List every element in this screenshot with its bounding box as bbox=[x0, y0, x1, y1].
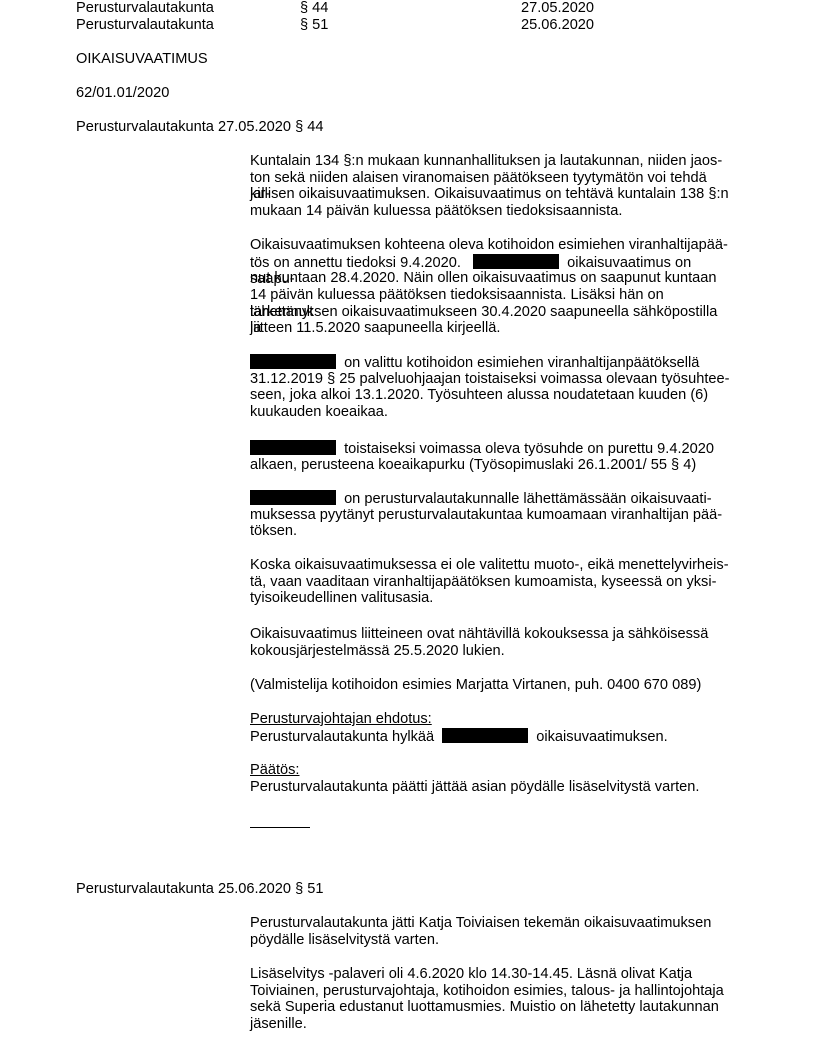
paragraph-meeting-notes: Lisäselvitys -palaveri oli 4.6.2020 klo … bbox=[250, 966, 730, 1033]
text-line: tös on annettu tiedoksi 9.4.2020. oikais… bbox=[250, 254, 730, 271]
preparer-note: (Valmistelija kotihoidon esimies Marjatt… bbox=[250, 677, 730, 694]
redaction-box bbox=[442, 728, 528, 743]
meeting-heading: Perusturvalautakunta 25.06.2020 § 51 bbox=[76, 881, 323, 898]
text-line: 14 päivän kuluessa päätöksen tiedoksisaa… bbox=[250, 287, 730, 304]
paragraph-availability: Oikaisuvaatimus liitteineen ovat nähtävi… bbox=[250, 626, 730, 659]
redaction-box bbox=[473, 254, 559, 269]
header-date: 27.05.2020 bbox=[521, 0, 594, 17]
redaction-box bbox=[250, 440, 336, 455]
text-line: nut kuntaan 28.4.2020. Näin ollen oikais… bbox=[250, 270, 730, 287]
reference-number: 62/01.01/2020 bbox=[76, 85, 169, 102]
redaction-box bbox=[250, 490, 336, 505]
text-line: Perusturvalautakunta hylkää oikaisuvaati… bbox=[250, 728, 730, 745]
text-line: sekä Superia edustanut luottamusmies. Mu… bbox=[250, 999, 730, 1016]
text-line: (Valmistelija kotihoidon esimies Marjatt… bbox=[250, 677, 730, 694]
header-body: Perusturvalautakunta bbox=[76, 0, 214, 17]
paragraph-legal-basis: Kuntalain 134 §:n mukaan kunnanhallituks… bbox=[250, 153, 730, 220]
text-line: Oikaisuvaatimus liitteineen ovat nähtävi… bbox=[250, 626, 730, 643]
text-fragment: on perusturvalautakunnalle lähettämässää… bbox=[344, 491, 712, 507]
paragraph-request: on perusturvalautakunnalle lähettämässää… bbox=[250, 490, 730, 540]
text-line: kuukauden koeaikaa. bbox=[250, 404, 730, 421]
redaction-box bbox=[250, 354, 336, 369]
decision-block: Päätös: Perusturvalautakunta päätti jätt… bbox=[250, 762, 730, 795]
header-row: Perusturvalautakunta § 44 27.05.2020 bbox=[76, 0, 776, 17]
proposal-block: Perusturvajohtajan ehdotus: Perusturvala… bbox=[250, 711, 730, 744]
text-fragment: on valittu kotihoidon esimiehen viranhal… bbox=[344, 355, 699, 371]
text-fragment: tös on annettu tiedoksi 9.4.2020. bbox=[250, 255, 461, 271]
paragraph-termination: toistaiseksi voimassa oleva työsuhde on … bbox=[250, 440, 730, 473]
proposal-label: Perusturvajohtajan ehdotus: bbox=[250, 711, 730, 728]
text-line: alkaen, perusteena koeaikapurku (Työsopi… bbox=[250, 457, 730, 474]
decision-text: Perusturvalautakunta päätti jättää asian… bbox=[250, 779, 730, 796]
text-line: Perusturvalautakunta jätti Katja Toiviai… bbox=[250, 915, 730, 932]
text-line: 31.12.2019 § 25 palveluohjaajan toistais… bbox=[250, 371, 730, 388]
section-divider bbox=[250, 827, 310, 828]
paragraph-subject: Oikaisuvaatimuksen kohteena oleva kotiho… bbox=[250, 237, 730, 337]
text-line: liitteen 11.5.2020 saapuneella kirjeellä… bbox=[250, 320, 730, 337]
paragraph-tabled: Perusturvalautakunta jätti Katja Toiviai… bbox=[250, 915, 730, 948]
text-line: Kuntalain 134 §:n mukaan kunnanhallituks… bbox=[250, 153, 730, 170]
text-line: ton sekä niiden alaisen viranomaisen pää… bbox=[250, 170, 730, 187]
text-line: töksen. bbox=[250, 523, 730, 540]
text-line: pöydälle lisäselvitystä varten. bbox=[250, 932, 730, 949]
text-line: seen, joka alkoi 13.1.2020. Työsuhteen a… bbox=[250, 387, 730, 404]
text-line: tarkennuksen oikaisuvaatimukseen 30.4.20… bbox=[250, 304, 730, 321]
text-line: Koska oikaisuvaatimuksessa ei ole valite… bbox=[250, 557, 730, 574]
decision-label: Päätös: bbox=[250, 762, 730, 779]
text-line: tä, vaan vaaditaan viranhaltijapäätöksen… bbox=[250, 574, 730, 591]
paragraph-nature: Koska oikaisuvaatimuksessa ei ole valite… bbox=[250, 557, 730, 607]
text-line: Toiviainen, perusturvajohtaja, kotihoido… bbox=[250, 983, 730, 1000]
text-fragment: Perusturvalautakunta hylkää bbox=[250, 729, 434, 745]
header-body: Perusturvalautakunta bbox=[76, 17, 214, 34]
paragraph-appointment: on valittu kotihoidon esimiehen viranhal… bbox=[250, 354, 730, 421]
text-line: Oikaisuvaatimuksen kohteena oleva kotiho… bbox=[250, 237, 730, 254]
text-line: on perusturvalautakunnalle lähettämässää… bbox=[250, 490, 730, 507]
text-line: muksessa pyytänyt perusturvalautakuntaa … bbox=[250, 507, 730, 524]
header-date: 25.06.2020 bbox=[521, 17, 594, 34]
text-line: toistaiseksi voimassa oleva työsuhde on … bbox=[250, 440, 730, 457]
text-line: kokousjärjestelmässä 25.5.2020 lukien. bbox=[250, 643, 730, 660]
text-line: on valittu kotihoidon esimiehen viranhal… bbox=[250, 354, 730, 371]
text-fragment: oikaisuvaatimuksen. bbox=[536, 729, 667, 745]
document-title: OIKAISUVAATIMUS bbox=[76, 51, 208, 68]
text-line: jäsenille. bbox=[250, 1016, 730, 1033]
text-line: mukaan 14 päivän kuluessa päätöksen tied… bbox=[250, 203, 730, 220]
meeting-heading: Perusturvalautakunta 27.05.2020 § 44 bbox=[76, 119, 323, 136]
text-line: tyisoikeudellinen valitusasia. bbox=[250, 590, 730, 607]
text-line: jallisen oikaisuvaatimuksen. Oikaisuvaat… bbox=[250, 186, 730, 203]
header-row: Perusturvalautakunta § 51 25.06.2020 bbox=[76, 17, 776, 34]
text-fragment: toistaiseksi voimassa oleva työsuhde on … bbox=[344, 441, 714, 457]
header-section: § 44 bbox=[300, 0, 328, 17]
header-section: § 51 bbox=[300, 17, 328, 34]
text-line: Lisäselvitys -palaveri oli 4.6.2020 klo … bbox=[250, 966, 730, 983]
